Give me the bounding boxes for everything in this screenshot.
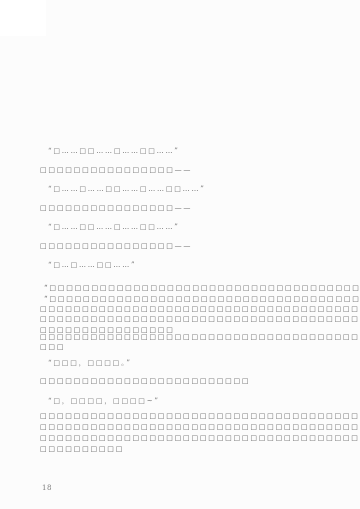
text-line-narration-redacted: □□□□□□□□□□ [40,445,124,453]
text-line-dialogue-redacted: “□……□□……□……□□……” [48,147,180,155]
text-line-narration-redacted: □□□□□□□□□□□□□□□□□□□□□□□□□□□□□□□□□□□□□□□□… [40,434,360,442]
text-line-narration-redacted: “□□□□□□□□□□□□□□□□□□□□□□□□□□□□□□□□□□□□□□□… [44,284,360,292]
text-line-narration-redacted: □□□□□□□□□□□□□□□□□□□□□□□□□□□□□□□□□□□□□□□□… [40,412,360,420]
page-number: 18 [42,484,52,492]
text-line-dialogue-redacted: “□□□，□□□□。” [48,358,132,368]
text-line-narration-redacted: □□□ [40,343,65,351]
text-line-dialogue-redacted: “□……□□……□……□□……” [48,223,180,231]
text-line-narration-redacted: “□□□□□□□□□□□□□□□□□□□□□□□□□□□□□□□□□□□□□□” [44,295,360,303]
text-line-dialogue-redacted: “□…□……□□……” [48,261,136,269]
text-line-narration-redacted: □□□□□□□□□□□□□□□□□□□□□□□□□□□□□□□□□□□□□□□□… [40,315,360,323]
scan-artifact [0,0,46,36]
text-line-sfx-redacted: □□□□□□□□□□□□□□□□—— [40,204,192,212]
screenshot-root: { "redaction_notice": "Original page con… [0,0,360,509]
text-line-narration-redacted: □□□□□□□□□□□□□□□□□□□□□□□□□□□□□□□□□□□□□□□□… [40,423,360,431]
text-line-narration-redacted: □□□□□□□□□□□□□□□□□□□□□□□□□□□□□□□□□□□□□□□□… [40,305,360,313]
novel-page: “□……□□……□……□□……”□□□□□□□□□□□□□□□□——“□……□…… [0,0,360,509]
text-line-sfx-redacted: □□□□□□□□□□□□□□□□—— [40,242,192,250]
text-line-narration-redacted: □□□□□□□□□□□□□□□□□□□□□□□□□ [40,377,250,385]
text-line-sfx-redacted: □□□□□□□□□□□□□□□□—— [40,166,192,174]
text-line-dialogue-redacted: “□……□……□□……□……□□……” [48,185,206,193]
text-line-dialogue-redacted: “□，□□□□，□□□□~” [48,396,160,406]
text-line-narration-redacted: □□□□□□□□□□□□□□□□□□□□□□□□□□□□□□□□□□□□□□□□… [40,333,360,341]
